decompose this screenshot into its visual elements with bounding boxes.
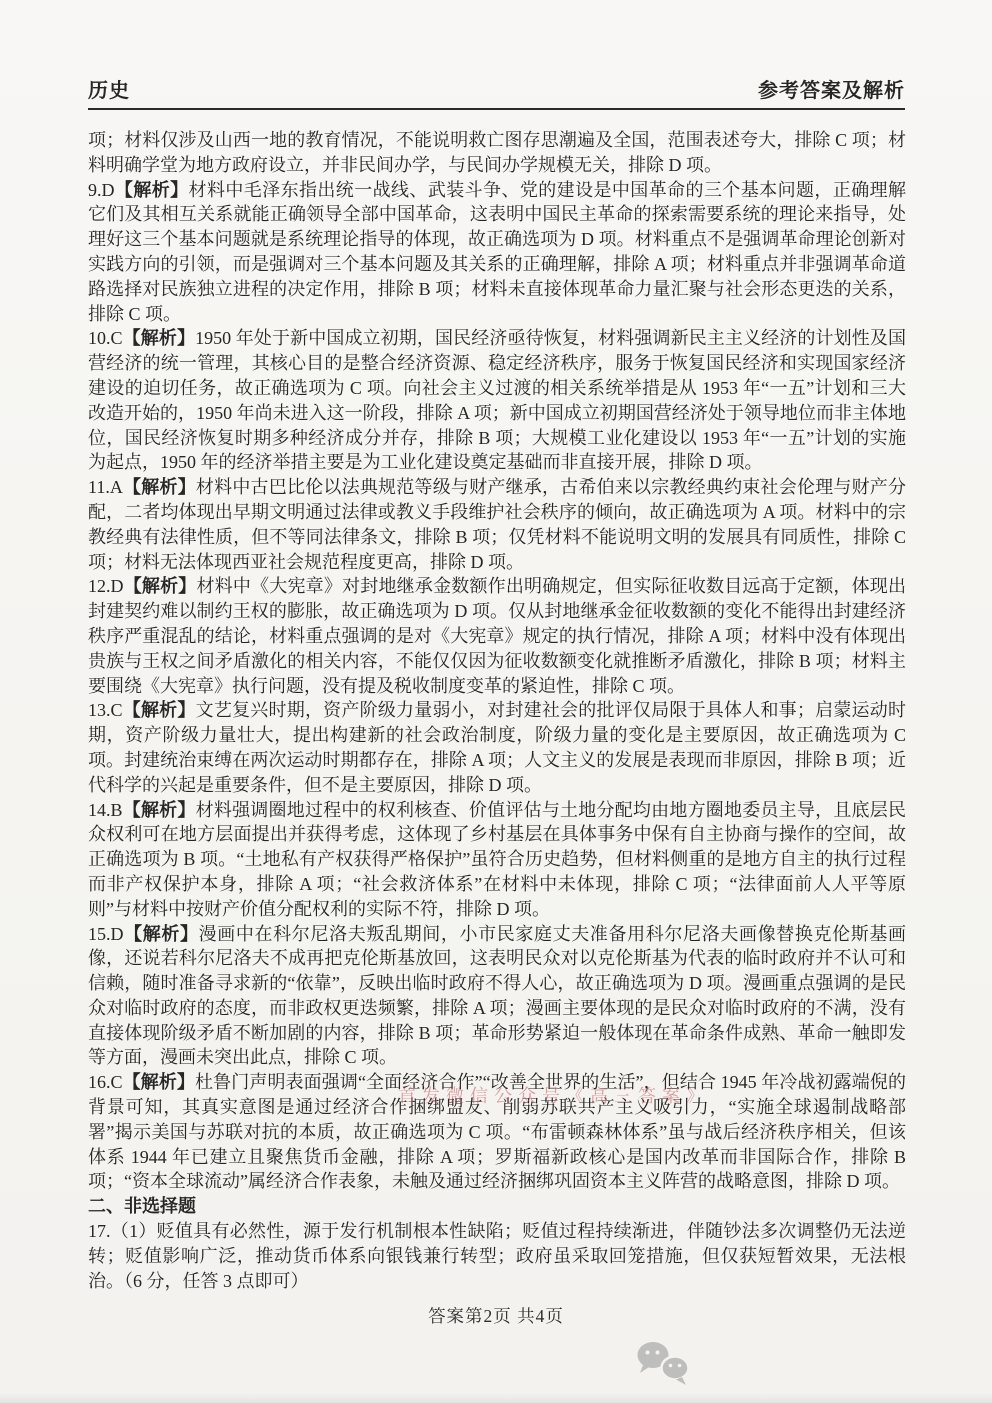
answer-text: 文艺复兴时期，资产阶级力量弱小，对封建社会的批评仅局限于具体人和事；启蒙运动时期… xyxy=(88,700,906,794)
answer-label: 11.A xyxy=(88,477,123,497)
answer-label: 16.C xyxy=(88,1072,123,1092)
answer-label: 9.D xyxy=(88,180,115,200)
answer-paragraph: 15.D【解析】漫画中在科尔尼洛夫叛乱期间，小市民家庭丈夫准备用科尔尼洛夫画像替… xyxy=(88,922,906,1071)
answer-text: 漫画中在科尔尼洛夫叛乱期间，小市民家庭丈夫准备用科尔尼洛夫画像替换克伦斯基画像，… xyxy=(88,924,906,1068)
answers-content: 项；材料仅涉及山西一地的教育情况，不能说明救亡图存思潮遍及全国，范围表述夸大，排… xyxy=(88,128,906,1293)
answer-label: 14.B xyxy=(88,800,123,820)
analysis-tag: 【解析】 xyxy=(123,477,196,497)
intro-text: 项；材料仅涉及山西一地的教育情况，不能说明救亡图存思潮遍及全国，范围表述夸大，排… xyxy=(88,130,906,175)
intro-paragraph: 项；材料仅涉及山西一地的教育情况，不能说明救亡图存思潮遍及全国，范围表述夸大，排… xyxy=(88,128,906,178)
wechat-logo-icon xyxy=(630,1340,704,1390)
scan-shadow xyxy=(0,1393,992,1403)
answer-sheet-page: 历史 参考答案及解析 项；材料仅涉及山西一地的教育情况，不能说明救亡图存思潮遍及… xyxy=(0,0,992,1403)
answer-paragraph: 13.C【解析】文艺复兴时期，资产阶级力量弱小，对封建社会的批评仅局限于具体人和… xyxy=(88,698,906,797)
answer-label: 10.C xyxy=(88,328,123,348)
subject-title: 历史 xyxy=(88,74,130,103)
analysis-tag: 【解析】 xyxy=(124,576,197,596)
answer-text: 材料中毛泽东指出统一战线、武装斗争、党的建设是中国革命的三个基本问题，正确理解它… xyxy=(88,180,906,324)
answer-paragraph: 11.A【解析】材料中古巴比伦以法典规范等级与财产继承，古希伯来以宗教经典约束社… xyxy=(88,475,906,574)
answer-paragraph: 12.D【解析】材料中《大宪章》对封地继承金数额作出明确规定，但实际征收数目远高… xyxy=(88,574,906,698)
answer-paragraph: 16.C【解析】杜鲁门声明表面强调“全面经济合作”“改善全世界的生活”，但结合 … xyxy=(88,1070,906,1194)
page-number: 答案第2页 共4页 xyxy=(0,1303,992,1328)
page-header: 历史 参考答案及解析 xyxy=(88,74,905,110)
answer-text: 材料中古巴比伦以法典规范等级与财产继承，古希伯来以宗教经典约束社会伦理与财产分配… xyxy=(88,477,906,571)
analysis-tag: 【解析】 xyxy=(123,700,196,720)
answer-paragraph: 14.B【解析】材料强调圈地过程中的权利核查、价值评估与土地分配均由地方圈地委员… xyxy=(88,798,906,922)
analysis-tag: 【解析】 xyxy=(123,800,196,820)
answer-paragraph: 10.C【解析】1950 年处于新中国成立初期，国民经济亟待恢复，材料强调新民主… xyxy=(88,326,906,475)
answer-paragraph: 9.D【解析】材料中毛泽东指出统一战线、武装斗争、党的建设是中国革命的三个基本问… xyxy=(88,178,906,327)
answer-text: 材料强调圈地过程中的权利核查、价值评估与土地分配均由地方圈地委员主导，且底层民众… xyxy=(88,800,906,919)
section-two-heading: 二、非选择题 xyxy=(88,1194,906,1219)
answer-text: 材料中《大宪章》对封地继承金数额作出明确规定，但实际征收数目远高于定额，体现出封… xyxy=(88,576,906,695)
answer-label: 13.C xyxy=(88,700,123,720)
analysis-tag: 【解析】 xyxy=(123,1072,196,1092)
answer-label: 15.D xyxy=(88,924,124,944)
q17-answer-paragraph: 17.（1）贬值具有必然性，源于发行机制根本性缺陷；贬值过程持续渐进，伴随钞法多… xyxy=(88,1219,906,1293)
analysis-tag: 【解析】 xyxy=(115,180,189,200)
analysis-tag: 【解析】 xyxy=(123,328,196,348)
answer-label: 12.D xyxy=(88,576,124,596)
analysis-tag: 【解析】 xyxy=(124,924,199,944)
answer-text: 1950 年处于新中国成立初期，国民经济亟待恢复，材料强调新民主主义经济的计划性… xyxy=(88,328,906,472)
answer-text: 杜鲁门声明表面强调“全面经济合作”“改善全世界的生活”，但结合 1945 年冷战… xyxy=(88,1072,906,1191)
header-right-title: 参考答案及解析 xyxy=(758,74,905,103)
